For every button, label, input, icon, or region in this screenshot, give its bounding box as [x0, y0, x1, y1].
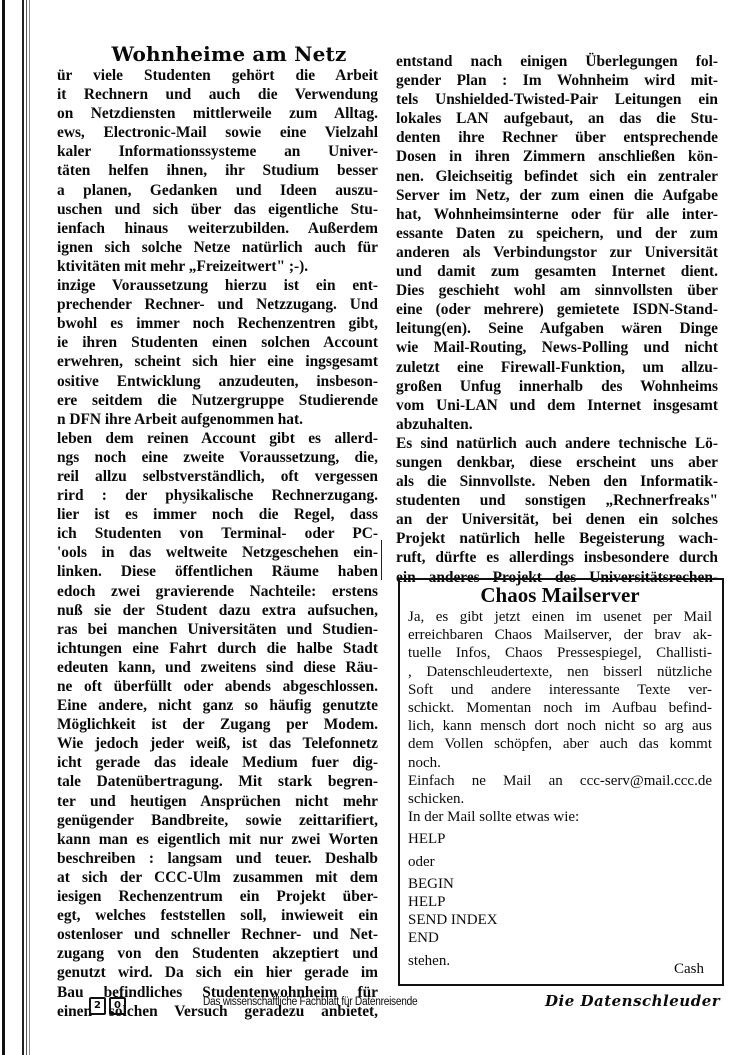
- text-line: täten helfen ihnen, ihr Studium besser: [57, 161, 378, 180]
- text-line: ras bei manchen Universitäten und Studie…: [57, 620, 378, 639]
- text-line: , Datenschleudertexte, nen bisserl nützl…: [408, 663, 712, 681]
- text-line: Projekt natürlich helle Begeisterung wac…: [396, 529, 718, 548]
- text-line: ich Studenten von Terminal- oder PC-: [57, 524, 378, 543]
- page-footer: 2 0 Das wissenschaftliche Fachblatt für …: [0, 990, 739, 1030]
- text-line: zuletzt eine Firewall-Funktion, um allzu…: [396, 358, 718, 377]
- text-line: leitung(en). Seine Aufgaben wären Dinge: [396, 319, 718, 338]
- text-line: anderen als Verbindungstor zur Universit…: [396, 243, 718, 262]
- text-line: gender Plan : Im Wohnheim wird mit-: [396, 71, 718, 90]
- text-line: inzige Voraussetzung hierzu ist ein ent-: [57, 276, 378, 295]
- text-line: ienfach hinaus weiterzubilden. Außerdem: [57, 219, 378, 238]
- text-line: als die Sinnvollste. Neben den Informati…: [396, 472, 718, 491]
- text-line: schickt. Momentan noch im Aufbau befind-: [408, 699, 712, 717]
- masthead-logo: Die Datenschleuder: [545, 992, 720, 1010]
- text-line: ostenloser und schneller Rechner- und Ne…: [57, 925, 378, 944]
- article-body-left: ür viele Studenten gehört die Arbeitit R…: [60, 66, 378, 1021]
- text-line: egt, welches feststellen soll, inwieweit…: [57, 906, 378, 925]
- text-line: linken. Diese öffentlichen Räume haben: [57, 562, 378, 581]
- command-closing: stehen.: [408, 952, 712, 970]
- binding-edge: [0, 0, 30, 1055]
- command-block: BEGINHELPSEND INDEXEND: [408, 875, 712, 948]
- text-line: rird : der physikalische Rechnerzugang.: [57, 486, 378, 505]
- text-line: genutzt wird. Da sich ein hier gerade im: [57, 963, 378, 982]
- text-line: reil allzu selbstverständlich, oft verge…: [57, 467, 378, 486]
- text-line: ositive Entwicklung anzudeuten, insbeson…: [57, 372, 378, 391]
- text-line: an der Universität, bei denen ein solche…: [396, 510, 718, 529]
- text-line: edeuten kann, und zweitens sind diese Rä…: [57, 658, 378, 677]
- command-line: HELP: [408, 893, 712, 911]
- text-line: ür viele Studenten gehört die Arbeit: [57, 66, 378, 85]
- text-line: edoch zwei gravierende Nachteile: ersten…: [57, 582, 378, 601]
- text-line: Wie jedoch jeder weiß, ist das Telefonne…: [57, 734, 378, 753]
- text-line: zugang von den Studenten akzeptiert und: [57, 944, 378, 963]
- text-line: tuelle Infos, Chaos Pressespiegel, Chall…: [408, 644, 712, 662]
- command-line: END: [408, 929, 712, 947]
- command-line: SEND INDEX: [408, 911, 712, 929]
- text-line: essante Daten zu speichern, und der zum: [396, 224, 718, 243]
- command-or: oder: [408, 853, 712, 871]
- text-line: ignen sich solche Netze natürlich auch f…: [57, 238, 378, 257]
- text-line: Einfach ne Mail an ccc-serv@mail.ccc.de: [408, 772, 712, 790]
- text-line: prechender Rechner- und Netzzugang. Und: [57, 295, 378, 314]
- chaos-mailserver-box: Chaos Mailserver Ja, es gibt jetzt einen…: [398, 578, 724, 986]
- column-rule: [381, 540, 382, 580]
- text-line: wie Mail-Routing, News-Polling und nicht: [396, 338, 718, 357]
- text-line: vom Uni-LAN und dem Internet insgesamt: [396, 396, 718, 415]
- text-line: lokales LAN aufgebaut, an das die Stu-: [396, 109, 718, 128]
- text-line: eine (oder mehrere) gemietete ISDN-Stand…: [396, 300, 718, 319]
- text-line: dem Vollen schöpfen, aber auch das kommt: [408, 735, 712, 753]
- command-line: BEGIN: [408, 875, 712, 893]
- text-line: ngs noch eine zweite Voraussetzung, die,: [57, 448, 378, 467]
- text-line: leben dem reinen Account gibt es allerd-: [57, 429, 378, 448]
- text-line: beschreiben : langsam und teuer. Deshalb: [57, 849, 378, 868]
- text-line: Dosen in ihren Zimmern anschließen kön-: [396, 147, 718, 166]
- text-line: Dies geschieht wohl am sinnvollsten über: [396, 281, 718, 300]
- text-line: studenten und sonstigen „Rechnerfreaks": [396, 491, 718, 510]
- text-line: tels Unshielded-Twisted-Pair Leitungen e…: [396, 90, 718, 109]
- page-number: 2 0: [89, 997, 126, 1015]
- text-line: n DFN ihre Arbeit aufgenommen hat.: [57, 410, 378, 429]
- text-line: lich, kann mensch dort noch nicht so arg…: [408, 717, 712, 735]
- text-line: ere seitdem die Nutzergruppe Studierende: [57, 391, 378, 410]
- text-line: nen. Gleichseitig befindet sich ein zent…: [396, 167, 718, 186]
- text-line: lier ist es immer noch die Regel, dass: [57, 505, 378, 524]
- text-line: uschen und sich über das eigentliche Stu…: [57, 200, 378, 219]
- text-line: ruft, dürfte es allerdings insbesondere …: [396, 548, 718, 567]
- text-line: noch.: [408, 754, 712, 772]
- box-body: Ja, es gibt jetzt einen im usenet per Ma…: [408, 608, 712, 826]
- text-line: Server im Netz, der zum einen die Aufgab…: [396, 186, 718, 205]
- text-line: at sich der CCC-Ulm zusammen mit dem: [57, 868, 378, 887]
- text-line: kaler Informationssysteme an Univer-: [57, 142, 378, 161]
- footer-tagline: Das wissenschaftliche Fachblatt für Date…: [203, 996, 417, 1008]
- text-line: erwehren, scheint sich hier eine ingsges…: [57, 352, 378, 371]
- text-line: 'ools in das weltweite Netzgeschehen ein…: [57, 543, 378, 562]
- text-line: ie ihren Studenten einen solchen Account: [57, 333, 378, 352]
- box-title: Chaos Mailserver: [408, 582, 712, 608]
- page-digit: 0: [109, 997, 126, 1015]
- text-line: ktivitäten mit mehr „Freizeitwert" ;-).: [57, 257, 378, 276]
- text-line: erreichbaren Chaos Mailserver, der brav …: [408, 626, 712, 644]
- text-line: Soft und andere interessante Texte ver-: [408, 681, 712, 699]
- text-line: Ja, es gibt jetzt einen im usenet per Ma…: [408, 608, 712, 626]
- text-line: Eine andere, nicht ganz so häufig genutz…: [57, 696, 378, 715]
- text-line: iesigen Rechenzentrum ein Projekt über-: [57, 887, 378, 906]
- article-left-column: Wohnheime am Netz ür viele Studenten geh…: [60, 42, 378, 1021]
- text-line: ews, Electronic-Mail sowie eine Vielzahl: [57, 123, 378, 142]
- text-line: genügender Bandbreite, sowie zeittarifie…: [57, 811, 378, 830]
- text-line: Es sind natürlich auch andere technische…: [396, 434, 718, 453]
- article-title: Wohnheime am Netz: [80, 42, 378, 66]
- article-body-right: entstand nach einigen Überlegungen fol-g…: [396, 52, 718, 587]
- text-line: sungen denkbar, diese erscheint uns aber: [396, 453, 718, 472]
- text-line: bwohl es immer noch Rechenzentren gibt,: [57, 314, 378, 333]
- text-line: tale Datenübertragung. Mit stark begren-: [57, 772, 378, 791]
- text-line: nuß sie der Student dazu extra aufsuchen…: [57, 601, 378, 620]
- text-line: schicken.: [408, 790, 712, 808]
- page-digit: 2: [89, 997, 106, 1015]
- text-line: ne oft überfüllt oder abends abgeschloss…: [57, 677, 378, 696]
- author-signature: Cash: [674, 961, 704, 978]
- text-line: ter und heutigen Ansprüchen nicht mehr: [57, 792, 378, 811]
- text-line: denten ihre Rechner über entsprechende: [396, 128, 718, 147]
- text-line: entstand nach einigen Überlegungen fol-: [396, 52, 718, 71]
- text-line: hat, Wohnheimsinterne oder für alle inte…: [396, 205, 718, 224]
- command-help: HELP: [408, 830, 712, 848]
- text-line: a planen, Gedanken und Ideen auszu-: [57, 181, 378, 200]
- text-line: on Netzdiensten mittlerweile zum Alltag.: [57, 104, 378, 123]
- article-right-column: entstand nach einigen Überlegungen fol-g…: [396, 52, 718, 587]
- text-line: und damit zum gesamten Internet dient.: [396, 262, 718, 281]
- text-line: it Rechnern und auch die Verwendung: [57, 85, 378, 104]
- text-line: kann man es eigentlich mit nur zwei Wort…: [57, 830, 378, 849]
- text-line: großen Unfug innerhalb des Wohnheims: [396, 377, 718, 396]
- text-line: In der Mail sollte etwas wie:: [408, 808, 712, 826]
- text-line: icht gerade das ideale Medium fuer dig-: [57, 753, 378, 772]
- text-line: abzuhalten.: [396, 415, 718, 434]
- text-line: Möglichkeit ist der Zugang per Modem.: [57, 715, 378, 734]
- text-line: ichtungen eine Fahrt durch die halbe Sta…: [57, 639, 378, 658]
